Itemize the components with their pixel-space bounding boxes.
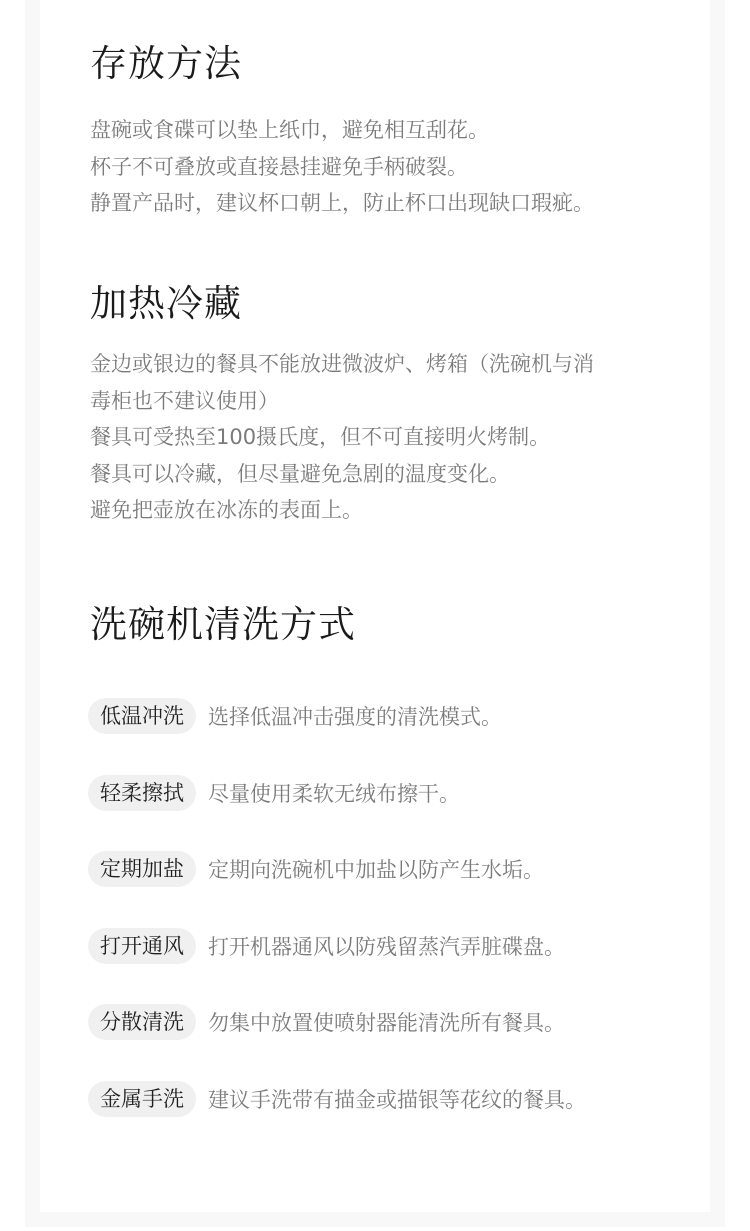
dishwasher-section: 洗碗机清洗方式: [90, 601, 680, 649]
heating-title: 加热冷藏: [90, 280, 680, 328]
method-tag: 低温冲洗: [88, 698, 196, 734]
dishwasher-item: 分散清洗 勿集中放置使喷射器能清洗所有餐具。: [88, 1004, 565, 1040]
heating-line: 毒柜也不建议使用）: [90, 383, 680, 420]
method-tag: 轻柔擦拭: [88, 775, 196, 811]
heating-line: 避免把壶放在冰冻的表面上。: [90, 492, 680, 529]
method-desc: 勿集中放置使喷射器能清洗所有餐具。: [208, 1007, 565, 1037]
method-desc: 建议手洗带有描金或描银等花纹的餐具。: [208, 1084, 586, 1114]
storage-section: 存放方法 盘碗或食碟可以垫上纸巾，避免相互刮花。 杯子不可叠放或直接悬挂避免手柄…: [90, 40, 680, 222]
heating-line: 金边或银边的餐具不能放进微波炉、烤箱（洗碗机与消: [90, 346, 680, 383]
storage-title: 存放方法: [90, 40, 680, 88]
heating-line: 餐具可受热至100摄氏度，但不可直接明火烤制。: [90, 419, 680, 456]
method-tag: 打开通风: [88, 928, 196, 964]
heating-section: 加热冷藏 金边或银边的餐具不能放进微波炉、烤箱（洗碗机与消 毒柜也不建议使用） …: [90, 280, 680, 529]
storage-line: 杯子不可叠放或直接悬挂避免手柄破裂。: [90, 149, 680, 186]
heating-line: 餐具可以冷藏，但尽量避免急剧的温度变化。: [90, 456, 680, 493]
dishwasher-title: 洗碗机清洗方式: [90, 601, 680, 649]
method-tag: 金属手洗: [88, 1081, 196, 1117]
dishwasher-item: 定期加盐 定期向洗碗机中加盐以防产生水垢。: [88, 851, 544, 887]
storage-line: 盘碗或食碟可以垫上纸巾，避免相互刮花。: [90, 112, 680, 149]
dishwasher-item: 打开通风 打开机器通风以防残留蒸汽弄脏碟盘。: [88, 928, 565, 964]
method-desc: 打开机器通风以防残留蒸汽弄脏碟盘。: [208, 931, 565, 961]
method-tag: 分散清洗: [88, 1004, 196, 1040]
storage-line: 静置产品时，建议杯口朝上，防止杯口出现缺口瑕疵。: [90, 185, 680, 222]
dishwasher-item: 金属手洗 建议手洗带有描金或描银等花纹的餐具。: [88, 1081, 586, 1117]
dishwasher-item: 轻柔擦拭 尽量使用柔软无绒布擦干。: [88, 775, 460, 811]
method-desc: 选择低温冲击强度的清洗模式。: [208, 701, 502, 731]
method-desc: 定期向洗碗机中加盐以防产生水垢。: [208, 854, 544, 884]
method-tag: 定期加盐: [88, 851, 196, 887]
dishwasher-item: 低温冲洗 选择低温冲击强度的清洗模式。: [88, 698, 502, 734]
method-desc: 尽量使用柔软无绒布擦干。: [208, 778, 460, 808]
